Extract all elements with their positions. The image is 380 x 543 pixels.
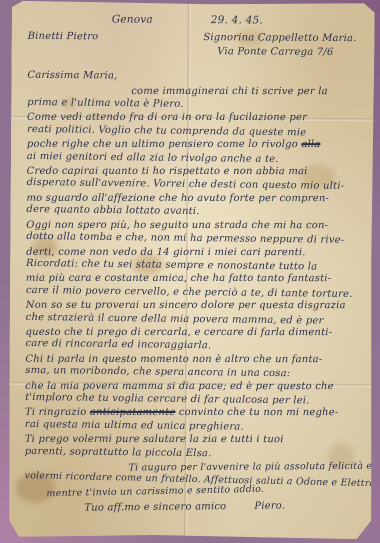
line-text: rai questa mia ultima ed unica preghiera… xyxy=(25,419,244,433)
line-text: derti, come non vedo da 14 giorni i miei… xyxy=(26,246,306,257)
line-text: reati politici. Voglio che tu comprenda … xyxy=(27,124,306,138)
line-text: prima e l'ultima volta è Piero. xyxy=(27,97,184,110)
letter-line: mentre t'invio un carissimo e sentito ad… xyxy=(46,482,357,500)
recipient-name: Signorina Cappelletto Maria. xyxy=(203,31,356,45)
date: 29. 4. 45. xyxy=(211,14,263,28)
signature-name: Piero. xyxy=(254,499,285,513)
sender-name: Binetti Pietro xyxy=(27,30,98,57)
salutation: Carissima Maria, xyxy=(27,69,360,85)
line-text: dere quanto abbia lottato avanti. xyxy=(26,204,199,217)
recipient-address: Via Ponte Carrega 7/6 xyxy=(217,45,356,59)
line-text: come immaginerai chi ti scrive per la xyxy=(131,86,328,97)
line-text: mentre t'invio un carissimo e sentito ad… xyxy=(46,484,264,500)
line-text: Ti prego volermi pure salutare la zia e … xyxy=(25,434,284,445)
line-text: sma, un moribondo, che spera ancora in u… xyxy=(25,365,290,379)
line-text: questo che ti prego di cercarla, e cerca… xyxy=(26,327,333,338)
letter-photo: Genova 29. 4. 45. Binetti Pietro Signori… xyxy=(0,0,380,543)
letter-body: come immaginerai chi ti scrive per lapri… xyxy=(25,83,361,461)
line-text: ai miei genitori ed alla zia lo rivolgo … xyxy=(27,151,279,165)
line-text: disperato sull'avvenire. Vorrei che dest… xyxy=(27,177,345,192)
line-text: Ti auguro per l'avvenire la più assoluta… xyxy=(129,460,380,473)
line-text: convinto che tu non mi neghe- xyxy=(175,407,338,418)
line-text: parenti, soprattutto la piccola Elsa. xyxy=(25,446,212,459)
address-block: Binetti Pietro Signorina Cappelletto Mar… xyxy=(27,30,360,59)
struck-word: anticipatamente xyxy=(90,407,176,418)
line-text: che la mia povera mamma si dia pace; ed … xyxy=(25,380,334,391)
letter-line: parenti, soprattutto la piccola Elsa. xyxy=(25,445,358,462)
line-text: mo sguardo all'affezione che ho avuto fo… xyxy=(26,193,329,204)
place-and-date: Genova 29. 4. 45. xyxy=(112,13,361,28)
line-text: Come vedi attendo fra di ora in ora la f… xyxy=(27,112,307,123)
letter-content: Genova 29. 4. 45. Binetti Pietro Signori… xyxy=(8,1,375,540)
recipient-block: Signorina Cappelletto Maria. Via Ponte C… xyxy=(203,31,356,59)
line-text: t'imploro che tu voglia cercare di far q… xyxy=(25,392,310,406)
place: Genova xyxy=(112,13,153,27)
line-text: dotto alla tomba e che, non mi ha permes… xyxy=(26,231,344,246)
letter-paper: Genova 29. 4. 45. Binetti Pietro Signori… xyxy=(8,1,375,540)
line-text: Ti ringrazio xyxy=(25,407,90,418)
signature-closing: Tuo aff.mo e sincero amico xyxy=(84,500,226,515)
line-text: mia più cara e costante amica, che ha fa… xyxy=(26,273,331,284)
line-text: Non so se tu proverai un sincero dolore … xyxy=(26,300,346,311)
line-text: Chi ti parla in questo momento non è alt… xyxy=(25,354,322,365)
line-text: poche righe che un ultimo pensiero come … xyxy=(27,139,301,150)
line-text: che strazierà il cuore della mia povera … xyxy=(26,312,324,327)
line-text: care di rincorarla ed incoraggiarla. xyxy=(25,338,211,351)
line-text: Credo capirai quanto ti ho rispettato e … xyxy=(27,166,308,177)
signature-line: Tuo aff.mo e sincero amico Piero. xyxy=(84,498,357,514)
line-text: Oggi non spero più, ho seguito una strad… xyxy=(26,220,328,231)
line-text: care il mio povero cervello, e che perci… xyxy=(26,285,353,300)
closing-block: Ti auguro per l'avvenire la più assoluta… xyxy=(24,461,357,498)
struck-word: alla xyxy=(301,139,320,150)
line-text: Ricordati: che tu sei stata sempre e non… xyxy=(26,258,317,273)
